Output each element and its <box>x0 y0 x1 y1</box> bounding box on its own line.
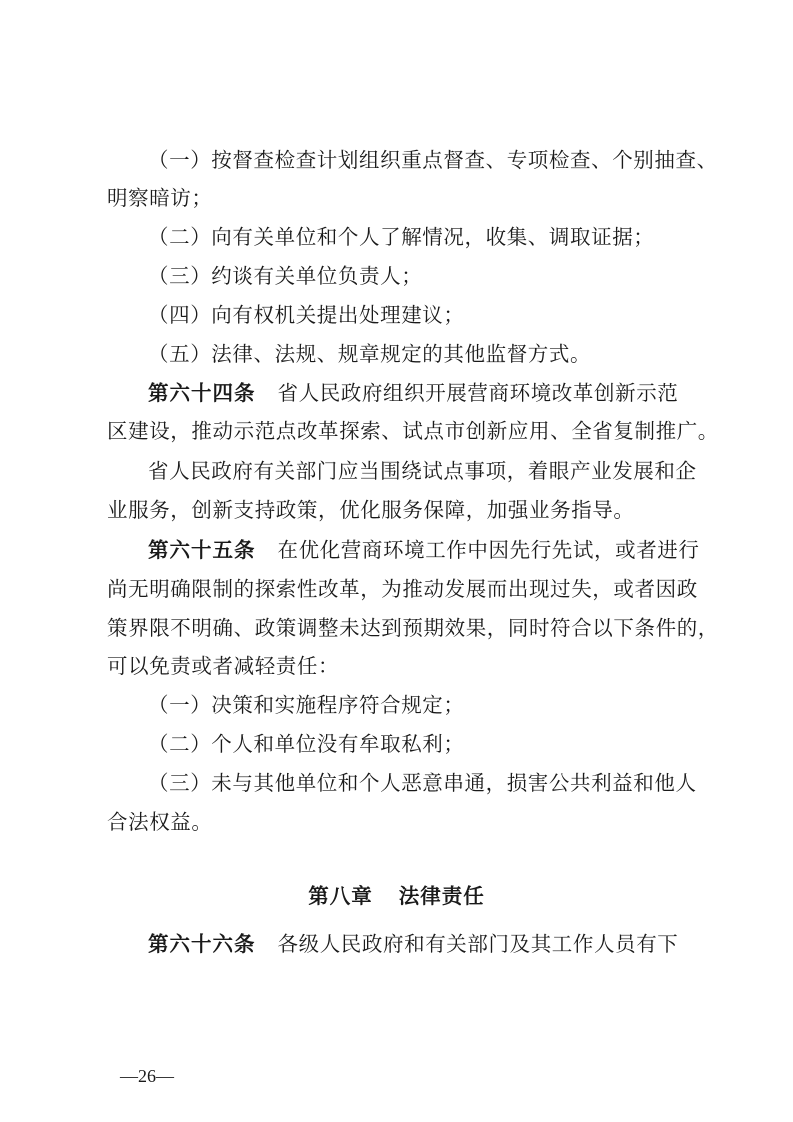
article-64-first-line: 第六十四条省人民政府组织开展营商环境改革创新示范 <box>148 380 748 406</box>
list-item-supervision-1-cont: 明察暗访； <box>107 185 707 211</box>
article-65-text: 在优化营商环境工作中因先行先试，或者进行 <box>278 538 700 562</box>
article-64-line-2: 区建设，推动示范点改革探索、试点市创新应用、全省复制推广。 <box>107 418 707 444</box>
article-64-para2-line-2: 业服务，创新支持政策，优化服务保障，加强业务指导。 <box>107 497 707 523</box>
page-number: —26— <box>120 1066 174 1087</box>
document-page: （一）按督查检查计划组织重点督查、专项检查、个别抽查、 明察暗访； （二）向有关… <box>0 0 793 1122</box>
list-item-supervision-4: （四）向有权机关提出处理建议； <box>148 302 748 328</box>
article-65-line-4: 可以免责或者减轻责任： <box>107 653 707 679</box>
article-66-first-line: 第六十六条各级人民政府和有关部门及其工作人员有下 <box>148 931 748 957</box>
chapter-number: 第八章 <box>308 884 373 908</box>
list-item-supervision-5: （五）法律、法规、规章规定的其他监督方式。 <box>148 341 748 367</box>
article-65-condition-1: （一）决策和实施程序符合规定； <box>148 692 748 718</box>
article-65-condition-3: （三）未与其他单位和个人恶意串通，损害公共利益和他人 <box>148 770 748 796</box>
chapter-heading: 第八章法律责任 <box>0 879 793 909</box>
article-65-condition-3-cont: 合法权益。 <box>107 809 707 835</box>
chapter-title: 法律责任 <box>399 884 485 908</box>
list-item-supervision-2: （二）向有关单位和个人了解情况，收集、调取证据； <box>148 224 748 250</box>
list-item-supervision-3: （三）约谈有关单位负责人； <box>148 263 748 289</box>
article-64-text: 省人民政府组织开展营商环境改革创新示范 <box>278 381 679 405</box>
article-66-text: 各级人民政府和有关部门及其工作人员有下 <box>278 932 679 956</box>
article-65-heading: 第六十五条 <box>148 538 256 562</box>
article-64-para2-line-1: 省人民政府有关部门应当围绕试点事项，着眼产业发展和企 <box>148 458 748 484</box>
article-65-line-3: 策界限不明确、政策调整未达到预期效果，同时符合以下条件的， <box>107 615 707 641</box>
article-64-heading: 第六十四条 <box>148 381 256 405</box>
list-item-supervision-1: （一）按督查检查计划组织重点督查、专项检查、个别抽查、 <box>148 147 748 173</box>
article-65-line-2: 尚无明确限制的探索性改革，为推动发展而出现过失，或者因政 <box>107 576 707 602</box>
article-65-condition-2: （二）个人和单位没有牟取私利； <box>148 731 748 757</box>
article-66-heading: 第六十六条 <box>148 932 256 956</box>
article-65-first-line: 第六十五条在优化营商环境工作中因先行先试，或者进行 <box>148 537 748 563</box>
